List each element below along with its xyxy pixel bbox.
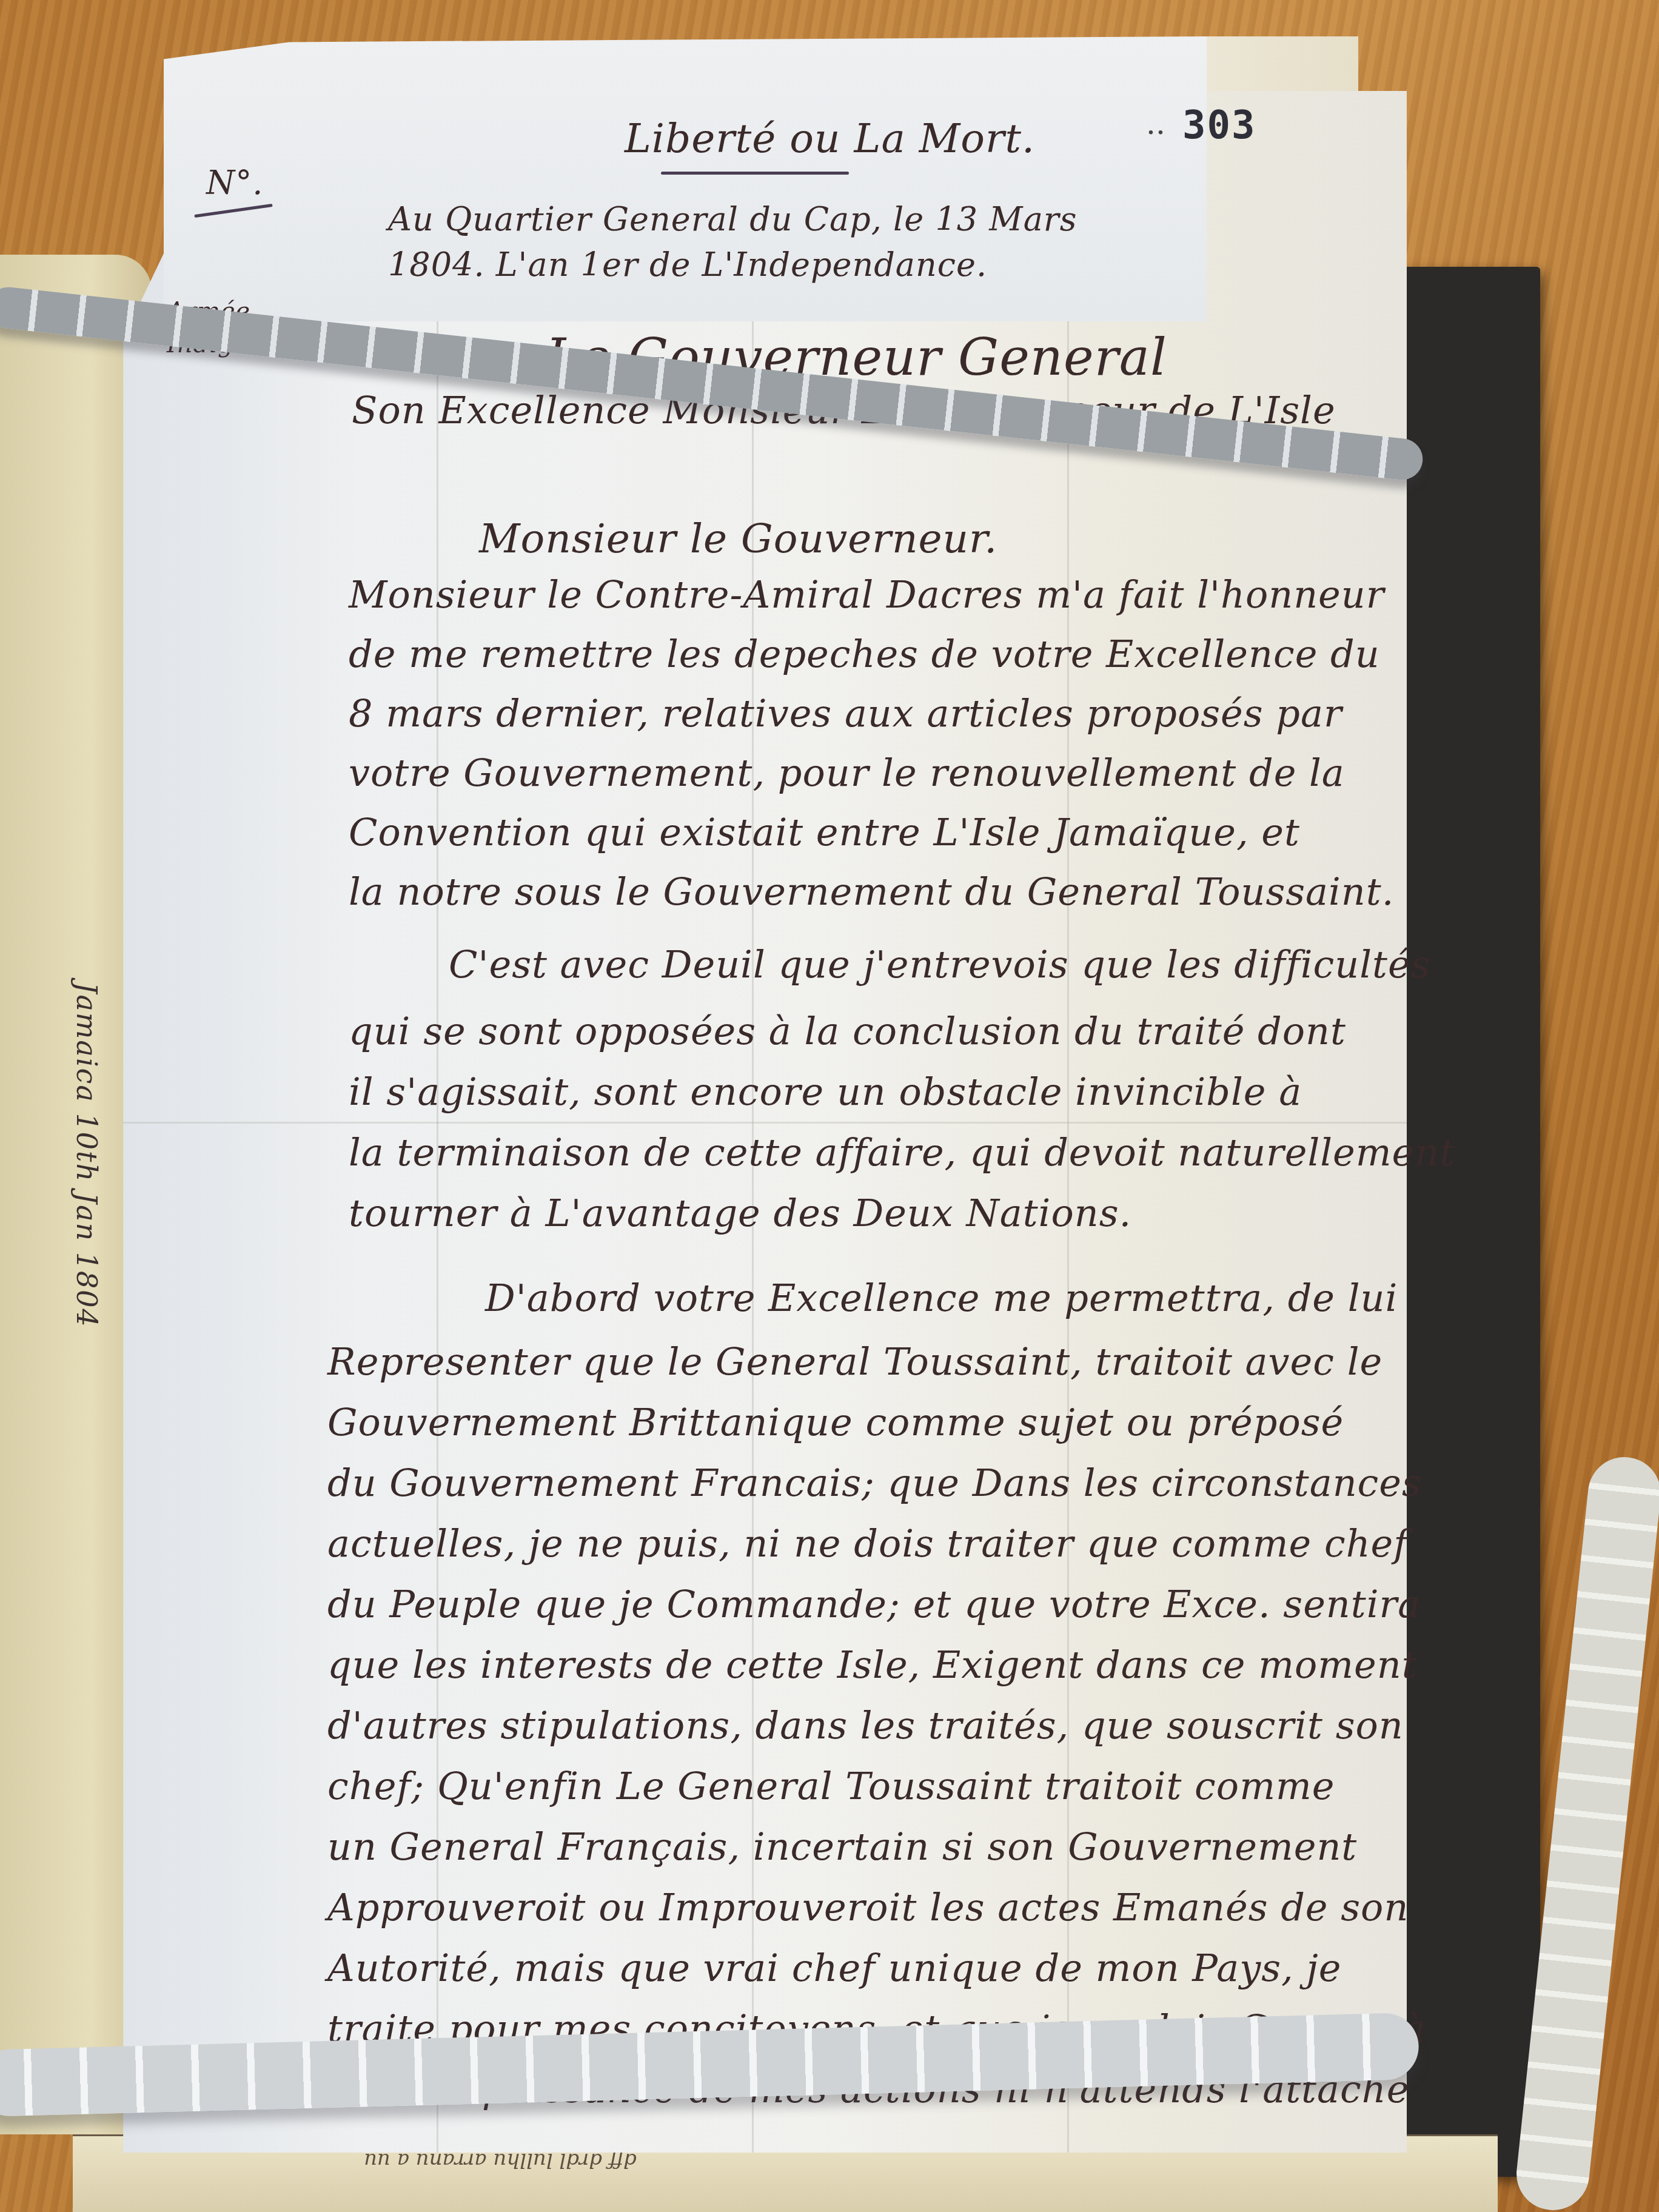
motto: Liberté ou La Mort. bbox=[625, 115, 1035, 162]
body-line: Convention qui existait entre L'Isle Jam… bbox=[349, 814, 1300, 851]
body-line: que les interests de cette Isle, Exigent… bbox=[327, 1646, 1418, 1684]
body-line: Autorité, mais que vrai chef unique de m… bbox=[327, 1949, 1341, 1987]
body-line: 8 mars dernier, relatives aux articles p… bbox=[349, 695, 1342, 732]
body-line: actuelles, je ne puis, ni ne dois traite… bbox=[327, 1525, 1408, 1563]
page-number-stamp: 303 bbox=[1182, 103, 1256, 148]
page-number-prefix: .. bbox=[1146, 106, 1165, 141]
fold-line bbox=[97, 1122, 1407, 1124]
left-page-margin-note: Jamaica 10th Jan 1804 bbox=[55, 982, 103, 1407]
body-line: tourner à L'avantage des Deux Nations. bbox=[349, 1195, 1131, 1232]
salutation: Monsieur le Gouverneur. bbox=[479, 515, 997, 562]
body-line: C'est avec Deuil que j'entrevois que les… bbox=[449, 946, 1431, 984]
place-date-line-2: 1804. L'an 1er de L'Independance. bbox=[388, 246, 987, 284]
motto-underline bbox=[661, 172, 849, 175]
body-line: Representer que le General Toussaint, tr… bbox=[327, 1343, 1382, 1381]
body-line: d'autres stipulations, dans les traités,… bbox=[327, 1707, 1404, 1744]
place-date-line-1: Au Quartier General du Cap, le 13 Mars bbox=[388, 200, 1077, 238]
body-line: chef; Qu'enfin Le General Toussaint trai… bbox=[327, 1768, 1335, 1805]
body-line: de me remettre les depeches de votre Exc… bbox=[349, 635, 1380, 673]
body-line: Gouvernement Brittanique comme sujet ou … bbox=[327, 1404, 1344, 1441]
number-label: N°. bbox=[206, 164, 263, 202]
body-line: un General Français, incertain si son Go… bbox=[327, 1828, 1357, 1866]
body-line: la terminaison de cette affaire, qui dev… bbox=[349, 1134, 1455, 1171]
body-line: Monsieur le Contre-Amiral Dacres m'a fai… bbox=[349, 576, 1384, 614]
body-line: votre Gouvernement, pour le renouvelleme… bbox=[349, 754, 1345, 792]
body-line: Approuveroit ou Improuveroit les actes E… bbox=[327, 1889, 1409, 1926]
body-line: la notre sous le Gouvernement du General… bbox=[349, 873, 1394, 911]
body-line: du Gouvernement Francais; que Dans les c… bbox=[327, 1464, 1422, 1502]
body-line: il s'agissait, sont encore un obstacle i… bbox=[349, 1073, 1302, 1111]
body-line: du Peuple que je Commande; et que votre … bbox=[327, 1586, 1421, 1623]
body-line: qui se sont opposées à la conclusion du … bbox=[349, 1013, 1346, 1050]
body-line: D'abord votre Excellence me permettra, d… bbox=[485, 1279, 1398, 1317]
